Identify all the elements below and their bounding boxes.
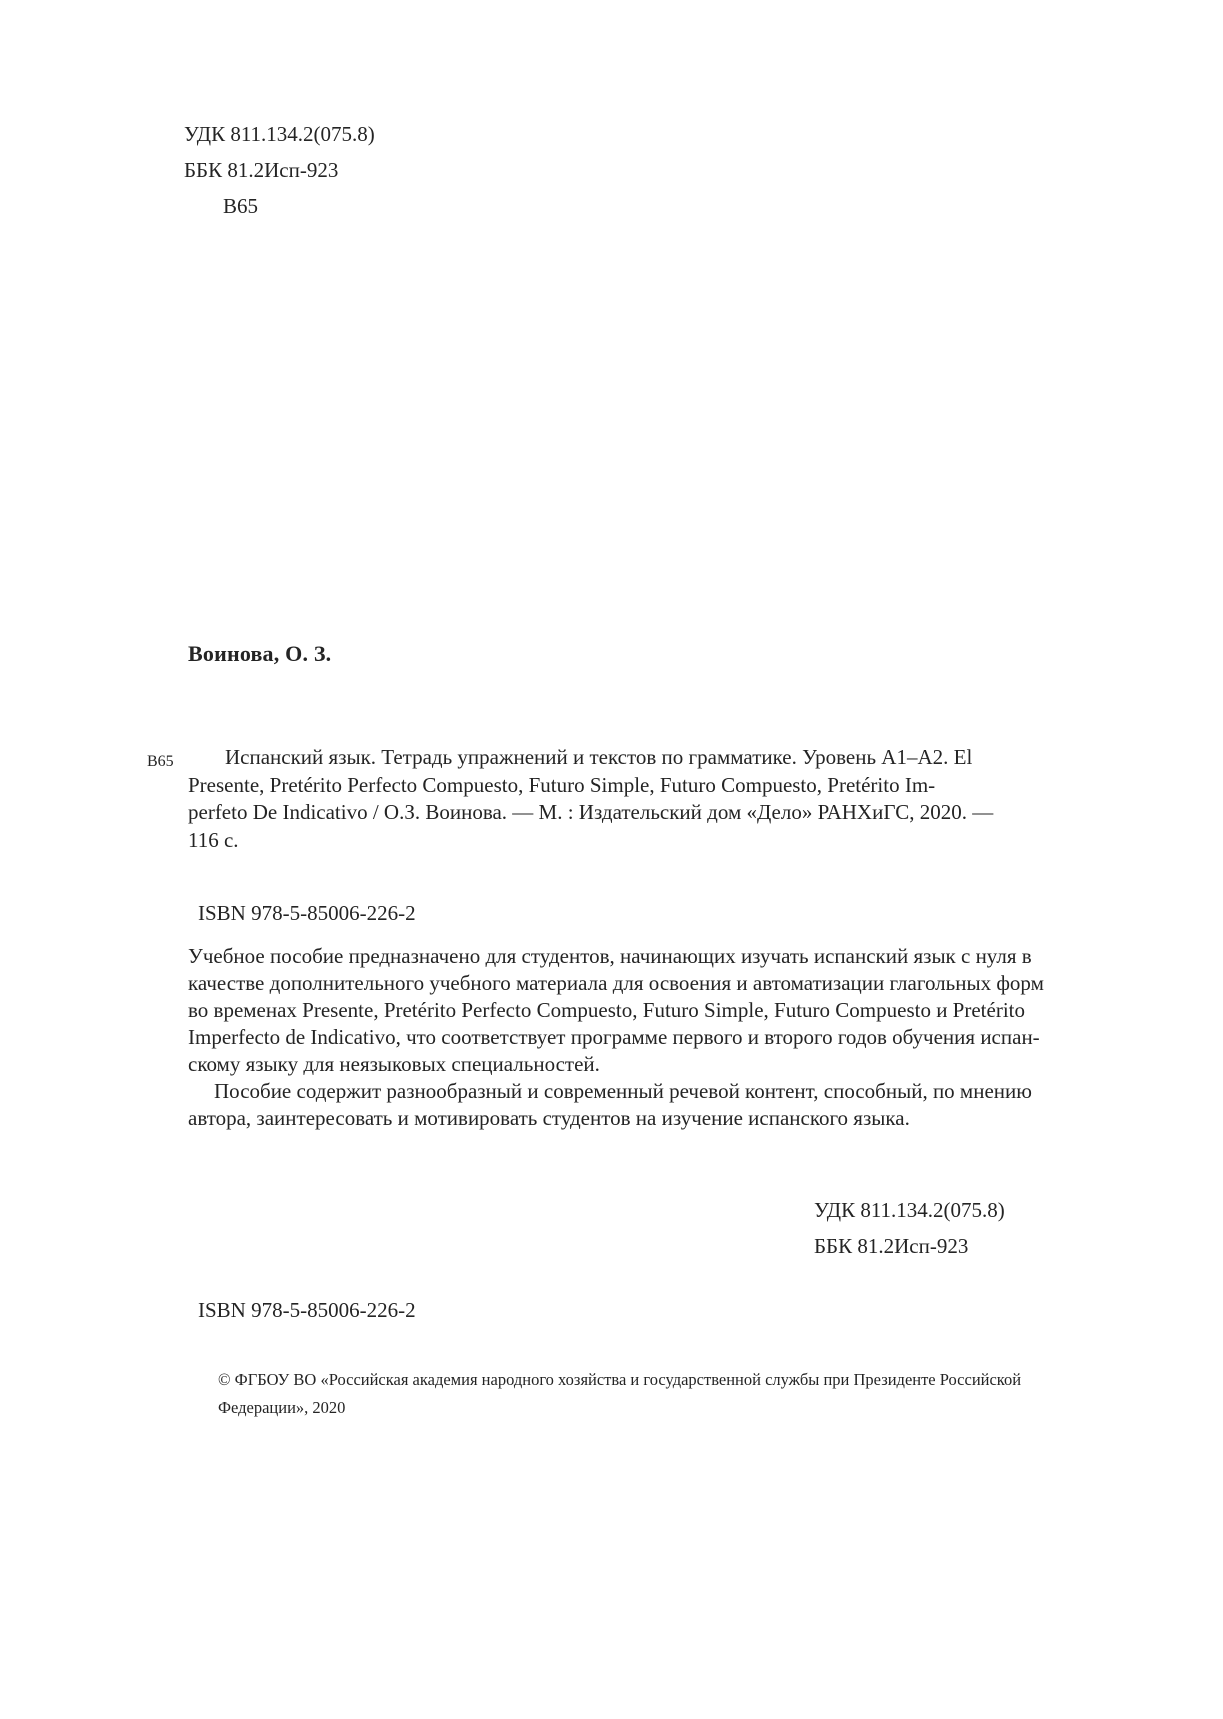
annotation-block: Учебное пособие предназначено для студен… — [188, 943, 1054, 1132]
bbk-code-top: ББК 81.2Исп-923 — [184, 152, 375, 188]
book-imprint-page: УДК 811.134.2(075.8) ББК 81.2Исп-923 В65… — [0, 0, 1223, 1719]
isbn-bottom: ISBN 978-5-85006-226-2 — [198, 1298, 416, 1323]
header-classification-codes: УДК 811.134.2(075.8) ББК 81.2Исп-923 В65 — [184, 116, 375, 224]
footer-classification-codes: УДК 811.134.2(075.8) ББК 81.2Исп-923 — [814, 1192, 1005, 1264]
udk-code-bottom: УДК 811.134.2(075.8) — [814, 1192, 1005, 1228]
author-sign-top: В65 — [184, 188, 375, 224]
udk-code-top: УДК 811.134.2(075.8) — [184, 116, 375, 152]
bibliographic-description: Испанский язык. Тетрадь упражнений и тек… — [188, 744, 1052, 854]
copyright-notice: © ФГБОУ ВО «Российская академия народног… — [218, 1366, 1028, 1422]
margin-author-sign: В65 — [147, 753, 174, 771]
isbn-top: ISBN 978-5-85006-226-2 — [198, 901, 416, 926]
bbk-code-bottom: ББК 81.2Исп-923 — [814, 1228, 1005, 1264]
annotation-paragraph-2: Пособие содержит разнообразный и совреме… — [188, 1078, 1054, 1132]
annotation-paragraph-1: Учебное пособие предназначено для студен… — [188, 943, 1054, 1078]
author-heading: Воинова, О. З. — [188, 641, 331, 667]
